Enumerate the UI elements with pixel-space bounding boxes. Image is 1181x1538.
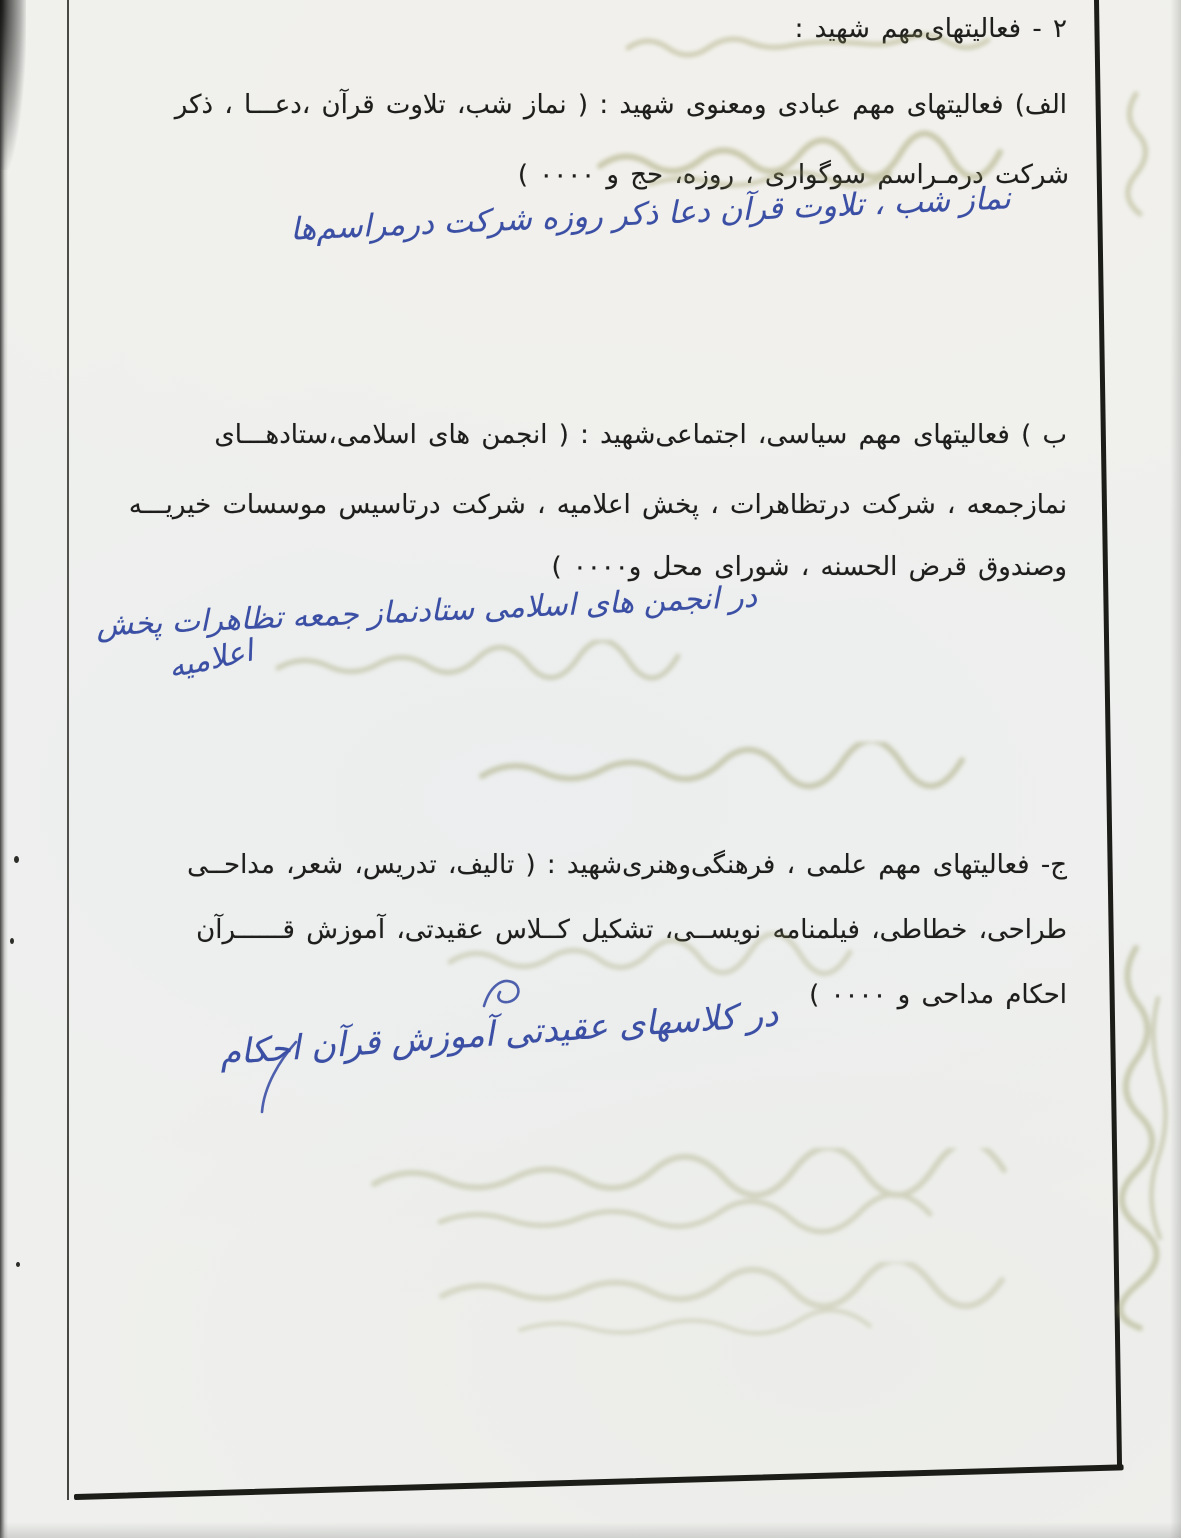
section-b-handwritten-answer: در انجمن های اسلامی ستادنماز جمعه تظاهرا…	[95, 580, 757, 644]
section-a-handwritten-answer: نماز شب ، تلاوت قرآن دعا ذکر روزه شرکت د…	[290, 180, 1012, 247]
page-border-left	[67, 0, 69, 1500]
bleedthrough-mark	[470, 742, 1050, 798]
section-b-printed-line: وصندوق قرض الحسنه ، شورای محل و۰۰۰۰ )	[551, 552, 1067, 582]
scan-edge-bottom	[0, 1522, 1181, 1538]
section-b-printed-line: ب ) فعالیتهای مهم سیاسی، اجتماعی‌شهید : …	[214, 420, 1067, 450]
section-c-printed-line: احکام مداحی و ۰۰۰۰ )	[809, 980, 1067, 1010]
scan-speck	[14, 856, 19, 863]
bleedthrough-mark	[440, 932, 910, 978]
pen-flourish	[478, 972, 536, 1014]
section-c-printed-line: ج- فعالیتهای مهم علمی ، فرهنگی‌وهنری‌شهی…	[187, 850, 1067, 880]
scan-edge-right	[1170, 0, 1181, 1538]
bleedthrough-mark	[1102, 938, 1176, 1338]
scan-edge-left	[0, 0, 8, 1538]
bleedthrough-mark	[430, 1262, 1110, 1348]
bleedthrough-mark	[620, 22, 1050, 64]
page-border-bottom	[74, 1464, 1124, 1500]
bleedthrough-mark	[360, 1148, 1080, 1242]
section-b-handwritten-answer: اعلامیه	[165, 634, 256, 686]
pen-flourish	[252, 1038, 302, 1118]
scanned-form-page: ۲ - فعالیتهای‌مهم شهید : الف) فعالیتهای …	[0, 0, 1181, 1538]
bleedthrough-mark	[590, 126, 1050, 190]
bleedthrough-mark	[1106, 86, 1172, 226]
section-b-printed-line: نمازجمعه ، شرکت درتظاهرات ، پخش اعلامیه …	[129, 490, 1067, 520]
scan-speck	[16, 1262, 20, 1267]
section-a-printed-line: الف) فعالیتهای مهم عبادی ومعنوی شهید : (…	[175, 90, 1067, 120]
bleedthrough-mark	[268, 640, 738, 686]
scan-speck	[10, 938, 14, 944]
scan-corner-shadow	[0, 0, 26, 170]
